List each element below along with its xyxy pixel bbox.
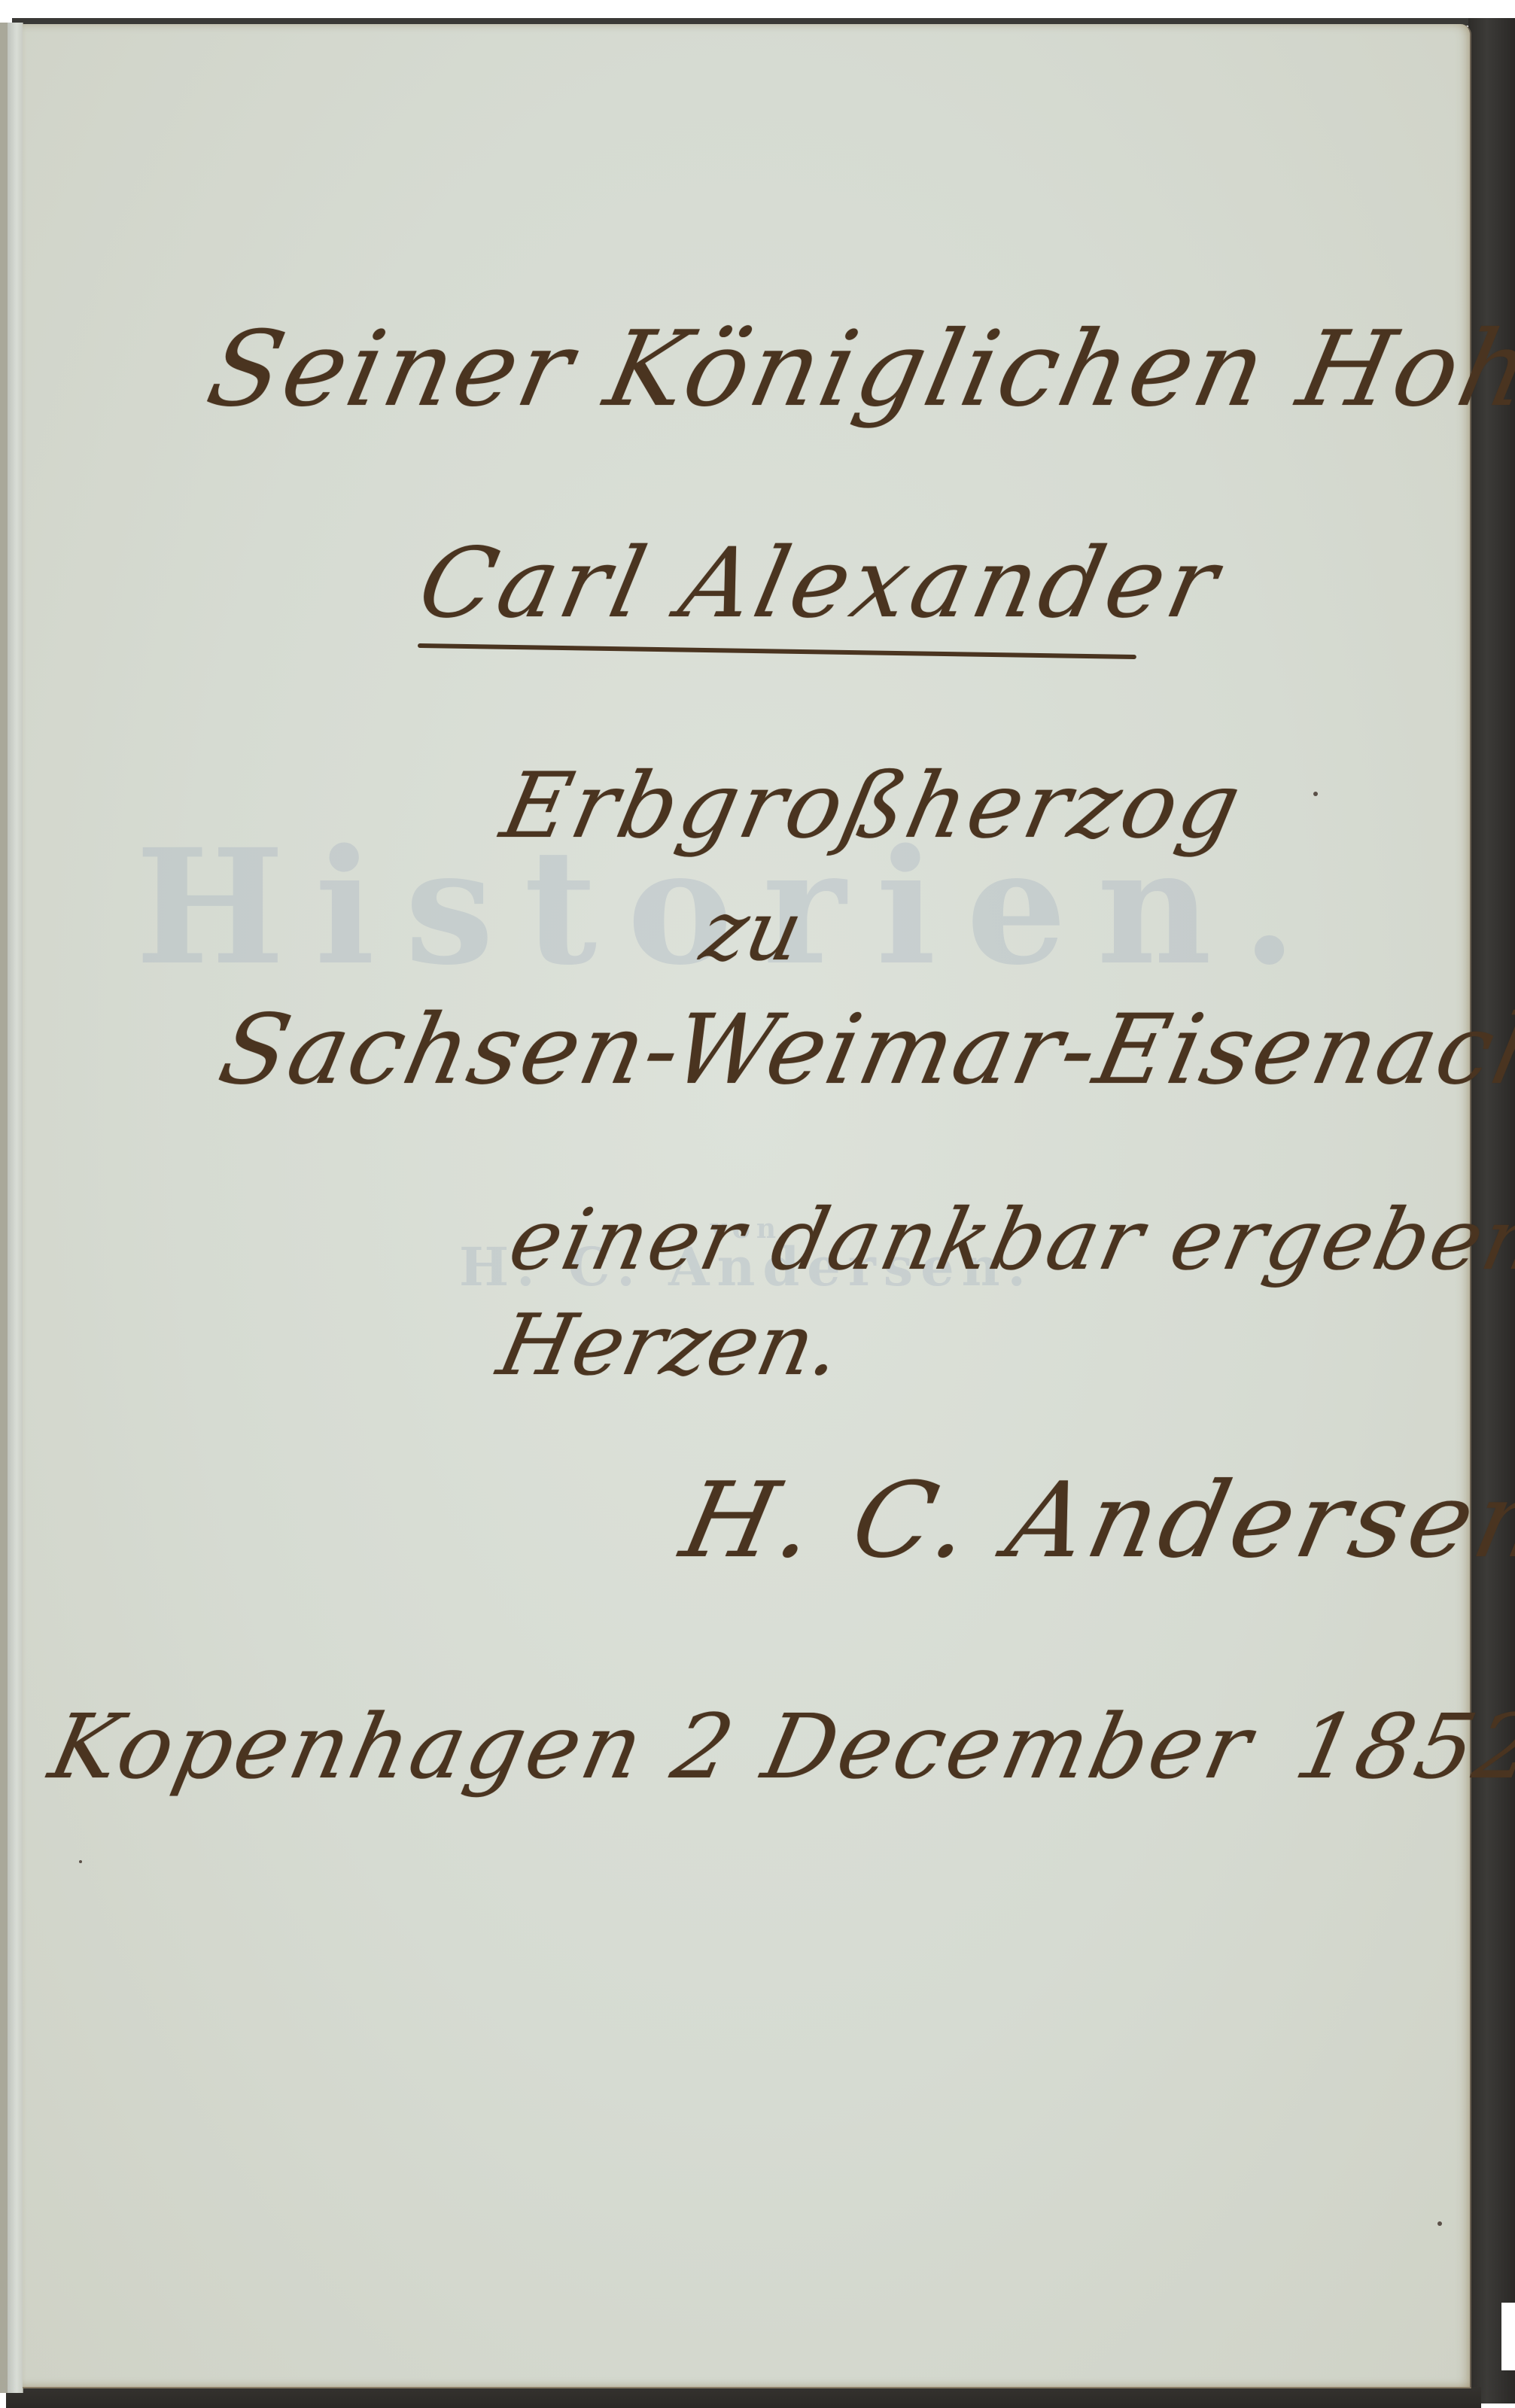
ink-speck bbox=[1313, 792, 1318, 796]
preposition-line: zu bbox=[695, 889, 809, 972]
signature: H. C. Andersen. bbox=[674, 1469, 1515, 1573]
book-spine-edge bbox=[0, 23, 8, 2393]
territory-line: Sachsen-Weimar-Eisenach, bbox=[211, 1002, 1515, 1099]
scan-frame-bottom bbox=[6, 2387, 1481, 2408]
title-line: Erbgroßherzog bbox=[494, 762, 1250, 852]
place-date-line: Kopenhagen 2 December 1852. bbox=[43, 1702, 1515, 1791]
dedication-line-1: einer dankbar ergebenen bbox=[503, 1198, 1515, 1282]
salutation-line: Seiner Königlichen Hoheit bbox=[199, 318, 1515, 421]
manuscript-page: Historien. von H. C. Andersen. Seiner Kö… bbox=[23, 24, 1471, 2388]
ink-speck bbox=[79, 1860, 82, 1863]
book-gutter bbox=[8, 23, 23, 2393]
scan-frame-gap bbox=[1501, 2303, 1515, 2370]
dedication-line-2: Herzen. bbox=[491, 1303, 848, 1388]
year: 1852. bbox=[1287, 1695, 1515, 1798]
recipient-name: Carl Alexander bbox=[411, 536, 1229, 632]
date: 2 December bbox=[664, 1695, 1263, 1798]
name-underline bbox=[418, 643, 1136, 659]
place: Kopenhagen bbox=[41, 1695, 654, 1798]
ink-speck bbox=[1437, 2221, 1442, 2226]
